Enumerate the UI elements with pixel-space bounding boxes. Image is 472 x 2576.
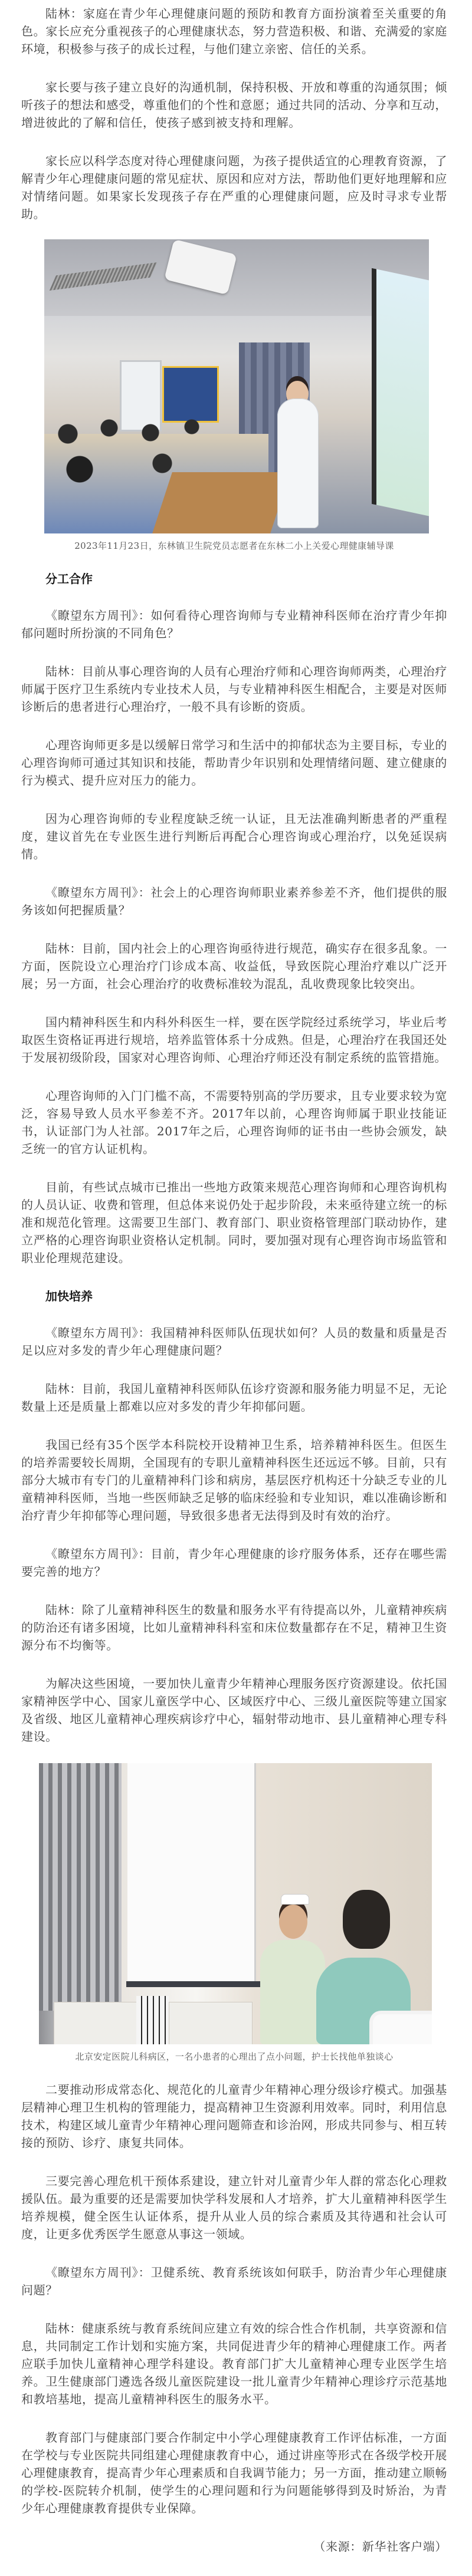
paragraph: 陆林：家庭在青少年心理健康问题的预防和教育方面扮演着至关重要的角色。家长应充分重… <box>21 5 447 58</box>
section-heading: 分工合作 <box>45 570 447 588</box>
paragraph: 陆林：健康系统与教育系统间应建立有效的综合性合作机制，共享资源和信息，共同制定工… <box>21 2320 447 2408</box>
classroom-photo <box>44 239 429 533</box>
photo-bed <box>369 2011 432 2044</box>
article-source: （来源：新华社客户端） <box>21 2538 447 2555</box>
paragraph: 陆林：目前，我国儿童精神科医师队伍诊疗资源和服务能力明显不足，无论数量上还是质量… <box>21 1380 447 1415</box>
paragraph: 心理咨询师的入门门槛不高，不需要特别高的学历要求，且专业要求较为宽泛，容易导致人… <box>21 1087 447 1158</box>
paragraph: 国内精神科医生和内科外科医生一样，要在医学院经过系统学习，毕业后考取医生资格证再… <box>21 1013 447 1066</box>
photo-bedside-cabinet <box>54 2002 137 2044</box>
photo-bulletin-board <box>162 366 219 423</box>
paragraph: 心理咨询师更多是以缓解日常学习和生活中的抑郁状态为主要目标，专业的心理咨询师可通… <box>21 736 447 789</box>
paragraph: 陆林：目前，国内社会上的心理咨询亟待进行规范，确实存在很多乱象。一方面，医院设立… <box>21 940 447 993</box>
figure-hospital-ward: 北京安定医院儿科病区，一名小患者的心理出了点小问题，护士长找他单独谈心 <box>21 1763 447 2063</box>
paragraph: 家长应以科学态度对待心理健康问题，为孩子提供适宜的心理教育资源，了解青少年心理健… <box>21 152 447 223</box>
photo-projection-screen <box>372 268 429 517</box>
figure-classroom: 2023年11月23日，东林镇卫生院党员志愿者在东林二小上关爱心理健康辅导课 <box>21 239 447 552</box>
paragraph: 为解决这些困境，一要加快儿童青少年精神心理服务医疗资源建设。依托国家精神医学中心… <box>21 1675 447 1745</box>
paragraph: 陆林：目前从事心理咨询的人员有心理治疗师和心理咨询师两类，心理治疗师属于医疗卫生… <box>21 663 447 716</box>
photo-bedside-cabinet <box>169 2002 253 2044</box>
photo-teacher-desk <box>152 472 290 533</box>
paragraph: 因为心理咨询师的专业程度缺乏统一认证，且无法准确判断患者的严重程度，建议首先在专… <box>21 810 447 863</box>
paragraph: 《瞭望东方周刊》：我国精神科医师队伍现状如何？人员的数量和质量是否足以应对多发的… <box>21 1324 447 1359</box>
paragraph: 《瞭望东方周刊》：社会上的心理咨询师职业素养参差不齐，他们提供的服务该如何把握质… <box>21 884 447 919</box>
photo-teacher <box>277 398 319 528</box>
paragraph: 二要推动形成常态化、规范化的儿童青少年精神心理分级诊疗模式。加强基层精神心理卫生… <box>21 2081 447 2152</box>
hospital-ward-photo <box>39 1763 432 2044</box>
photo-window-sill <box>126 1981 265 1987</box>
photo-curtain <box>39 1763 122 2011</box>
article-body: 陆林：家庭在青少年心理健康问题的预防和教育方面扮演着至关重要的角色。家长应充分重… <box>21 5 447 2555</box>
paragraph: 陆林：除了儿童精神科医生的数量和服务水平有待提高以外，儿童精神疾病的防治还有诸多… <box>21 1601 447 1654</box>
photo-window <box>127 1763 256 1981</box>
paragraph: 家长要与孩子建立良好的沟通机制，保持积极、开放和尊重的沟通氛围；倾听孩子的想法和… <box>21 78 447 131</box>
figure-caption: 2023年11月23日，东林镇卫生院党员志愿者在东林二小上关爱心理健康辅导课 <box>21 539 447 552</box>
photo-radiator <box>136 1996 169 2044</box>
paragraph: 《瞭望东方周刊》：卫健系统、教育系统该如何联手，防治青少年心理健康问题？ <box>21 2264 447 2299</box>
photo-patient-head <box>343 1890 390 1949</box>
photo-nurse-cap <box>281 1894 309 1905</box>
paragraph: 我国已经有35个医学本科院校开设精神卫生系，培养精神科医生。但医生的培养需要较长… <box>21 1436 447 1524</box>
section-heading: 加快培养 <box>45 1287 447 1305</box>
paragraph: 教育部门与健康部门要合作制定中小学心理健康教育工作评估标准，一方面在学校与专业医… <box>21 2429 447 2517</box>
paragraph: 《瞭望东方周刊》：如何看待心理咨询师与专业精神科医师在治疗青少年抑郁问题时所扮演… <box>21 607 447 642</box>
paragraph: 三要完善心理危机干预体系建设，建立针对儿童青少年人群的常态化心理救援队伍。最为重… <box>21 2172 447 2243</box>
paragraph: 《瞭望东方周刊》：目前，青少年心理健康的诊疗服务体系，还存在哪些需要完善的地方？ <box>21 1545 447 1580</box>
paragraph: 目前，有些试点城市已推出一些地方政策来规范心理咨询师和心理咨询机构的人员认证、收… <box>21 1178 447 1267</box>
figure-caption: 北京安定医院儿科病区，一名小患者的心理出了点小问题，护士长找他单独谈心 <box>21 2050 447 2063</box>
photo-nurse-head <box>279 1905 307 1939</box>
photo-nurse <box>260 1940 325 2044</box>
